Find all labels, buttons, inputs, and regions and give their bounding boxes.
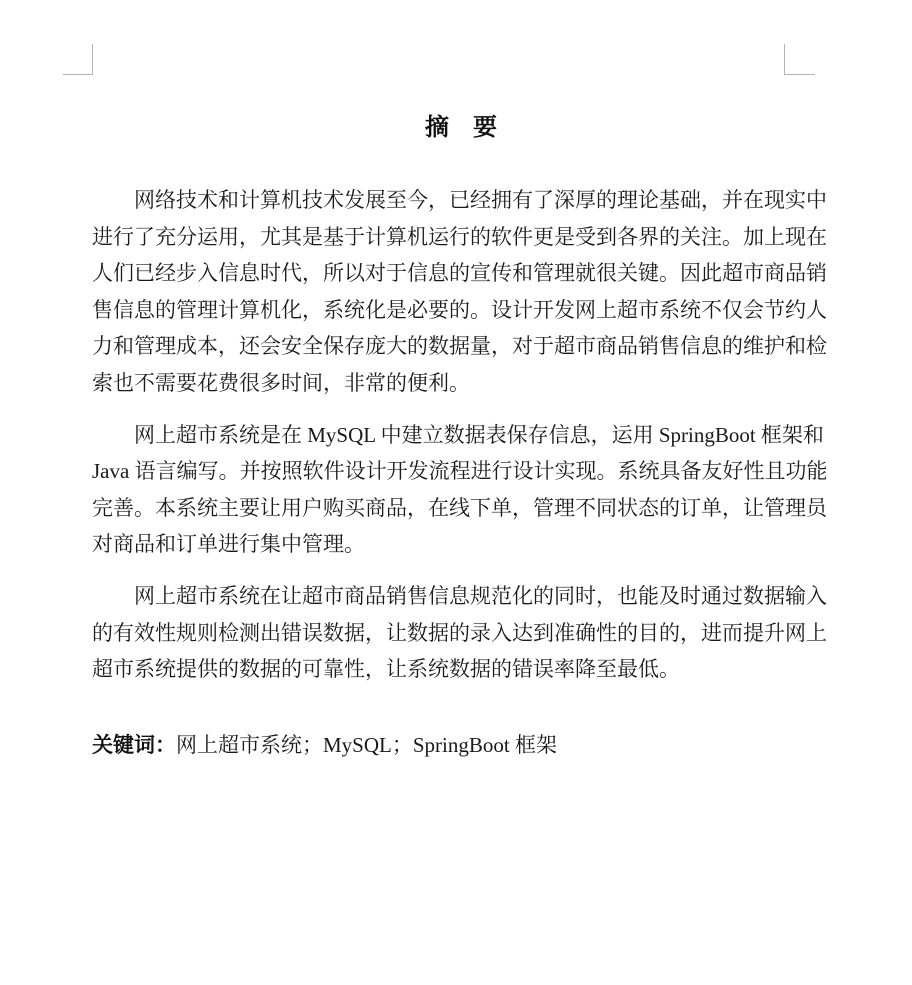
keywords-text: 网上超市系统；MySQL；SpringBoot 框架 — [176, 733, 557, 757]
keywords-label: 关键词： — [92, 733, 176, 757]
text-boundary-mark-top-left — [63, 44, 93, 75]
abstract-paragraph-3: 网上超市系统在让超市商品销售信息规范化的同时，也能及时通过数据输入的有效性规则检… — [92, 578, 830, 688]
document-page: 摘 要 网络技术和计算机技术发展至今，已经拥有了深厚的理论基础，并在现实中进行了… — [0, 0, 912, 985]
page-title: 摘 要 — [92, 112, 830, 144]
abstract-paragraph-1: 网络技术和计算机技术发展至今，已经拥有了深厚的理论基础，并在现实中进行了充分运用… — [92, 182, 830, 402]
abstract-section: 摘 要 网络技术和计算机技术发展至今，已经拥有了深厚的理论基础，并在现实中进行了… — [92, 0, 830, 763]
keywords-line: 关键词：网上超市系统；MySQL；SpringBoot 框架 — [92, 727, 830, 764]
abstract-paragraph-2: 网上超市系统是在 MySQL 中建立数据表保存信息，运用 SpringBoot … — [92, 417, 830, 563]
